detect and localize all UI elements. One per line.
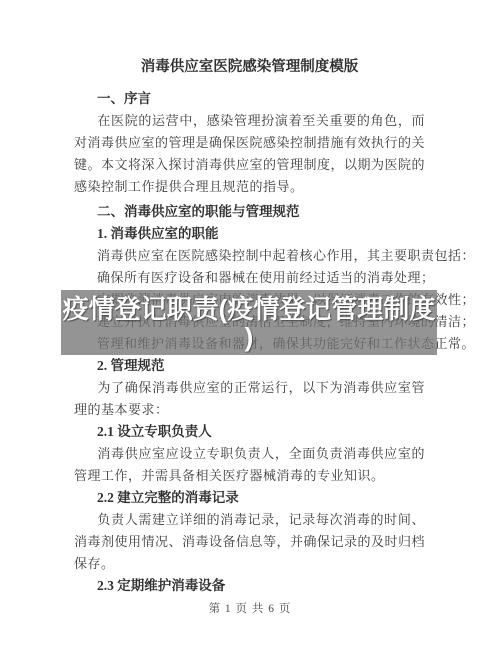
document-title: 消毒供应室医院感染管理制度模版: [74, 56, 425, 78]
paragraph: 为了确保消毒供应室的正常运行，以下为消毒供应室管理的基本要求：: [74, 377, 425, 421]
document-page: 消毒供应室医院感染管理制度模版 一、序言在医院的运营中，感染管理扮演着至关重要的…: [0, 0, 500, 647]
paragraph: 消毒供应室应设立专职负责人，全面负责消毒供应室的管理工作，并需具备相关医疗器械消…: [74, 443, 425, 487]
page-number-footer: 第 1 页 共 6 页: [0, 600, 500, 616]
document-body: 一、序言在医院的运营中，感染管理扮演着至关重要的角色，而对消毒供应室的管理是确保…: [74, 88, 425, 597]
duty-line: 消毒供应室在医院感染控制中起着核心作用，其主要职责包括：: [74, 245, 425, 267]
duty-line: 确保所有医疗设备和器械在使用前经过适当的消毒处理；: [74, 267, 425, 289]
sub-heading: 2. 管理规范: [74, 355, 425, 377]
section-heading: 二、消毒供应室的职能与管理规范: [74, 201, 425, 223]
duty-line: 管理和维护消毒设备和器材，确保其功能完好和工作状态正常。: [74, 333, 425, 355]
sub-heading: 2.3 定期维护消毒设备: [74, 575, 425, 597]
duty-line: 定期监测消毒供应室内的消毒效果，以保证消毒工作的有效性；: [74, 289, 425, 311]
paragraph: 在医院的运营中，感染管理扮演着至关重要的角色，而对消毒供应室的管理是确保医院感染…: [74, 110, 425, 198]
sub-heading: 1. 消毒供应室的职能: [74, 223, 425, 245]
paragraph: 负责人需建立详细的消毒记录，记录每次消毒的时间、消毒剂使用情况、消毒设备信息等，…: [74, 509, 425, 575]
section-heading: 一、序言: [74, 88, 425, 110]
duty-line: 建立并执行消毒供应室的清洁卫生制度，维持室内环境的清洁；: [74, 311, 425, 333]
sub-heading: 2.1 设立专职负责人: [74, 421, 425, 443]
sub-heading: 2.2 建立完整的消毒记录: [74, 487, 425, 509]
